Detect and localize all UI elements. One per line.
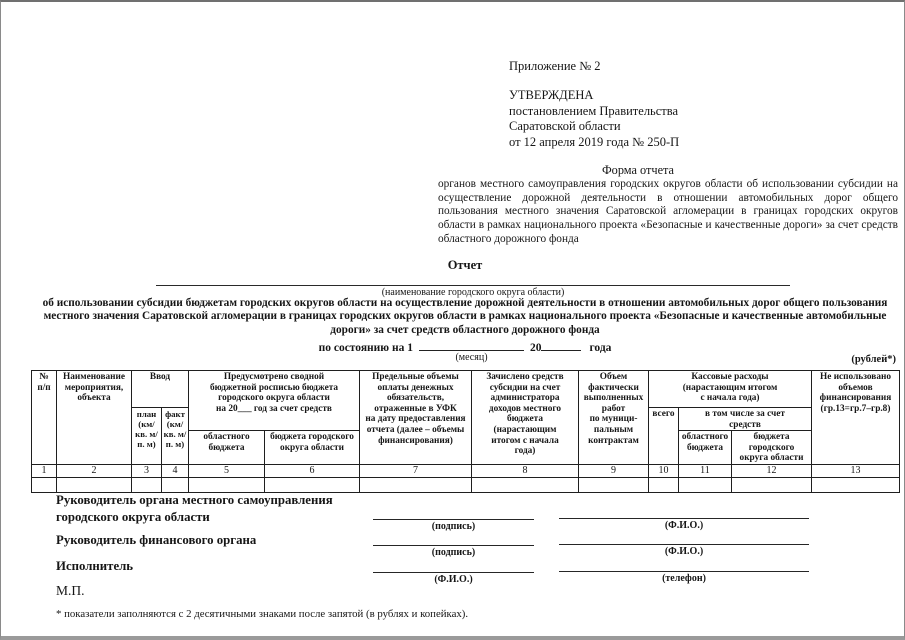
column-number-cell: 2 [57,464,132,477]
empty-data-cell [32,477,57,492]
signature-line [373,572,534,573]
signature-line [559,544,809,545]
empty-data-cell [162,477,189,492]
signature-line [559,571,809,572]
currency-units-note: (рублей*) [851,354,896,365]
signature-caption: (Ф.И.О.) [559,520,809,531]
header-kassa-city-budget: бюджета городского округа области [732,431,812,465]
approved-by-line2: Саратовской области [509,119,679,135]
signature-label-head-of-local-government: Руководитель органа местного самоуправле… [56,492,386,525]
column-number-cell: 3 [132,464,162,477]
column-number-cell: 6 [265,464,360,477]
empty-data-cell [132,477,162,492]
header-oblast-budget: областного бюджета [189,431,265,465]
empty-data-cell [360,477,472,492]
footnote: * показатели заполняются с 2 десятичными… [56,608,468,620]
month-blank-field [419,339,524,351]
signature-caption: (телефон) [559,573,809,584]
header-kassovye-rashody: Кассовые расходы (нарастающим итогом с н… [649,371,812,408]
column-number-cell: 4 [162,464,189,477]
header-v-tom-chisle: в том числе за счет средств [679,408,812,431]
approved-by-line1: постановлением Правительства [509,104,679,120]
year-blank-field [541,339,581,351]
signature-label-executor: Исполнитель [56,558,386,575]
header-predusmotreno: Предусмотрено сводной бюджетной росписью… [189,371,360,431]
column-number-cell: 9 [579,464,649,477]
signature-line [373,519,534,520]
signature-caption: (подпись) [373,521,534,532]
as-of-suffix: года [589,342,611,354]
empty-data-cell [649,477,679,492]
empty-data-cell [579,477,649,492]
empty-data-cell [812,477,900,492]
header-col-number: № п/п [32,371,57,465]
as-of-prefix: по состоянию на 1 [319,342,413,354]
header-plan: план (км/ кв. м/ п. м) [132,408,162,465]
header-obem-rabot: Объем фактически выполненных работ по му… [579,371,649,465]
empty-data-cell [679,477,732,492]
column-number-cell: 11 [679,464,732,477]
empty-data-cell [732,477,812,492]
stamp-place-mark: М.П. [56,583,85,599]
approved-label: УТВЕРЖДЕНА [509,88,679,104]
column-number-cell: 7 [360,464,472,477]
header-city-budget: бюджета городского округа области [265,431,360,465]
approval-block: Приложение № 2 УТВЕРЖДЕНА постановлением… [509,59,679,151]
appendix-number: Приложение № 2 [509,59,679,75]
column-number-cell: 8 [472,464,579,477]
column-number-cell: 5 [189,464,265,477]
signature-caption: (Ф.И.О.) [559,546,809,557]
column-number-cell: 13 [812,464,900,477]
approved-date: от 12 апреля 2019 года № 250-П [509,135,679,151]
municipality-name-blank-line [156,285,790,286]
column-number-cell: 1 [32,464,57,477]
header-vsego: всего [649,408,679,465]
empty-data-cell [472,477,579,492]
form-description: органов местного самоуправления городски… [438,178,898,247]
signature-line [559,518,809,519]
empty-data-cell [265,477,360,492]
header-zachisleno-sredstv: Зачислено средств субсидии на счет админ… [472,371,579,465]
form-title: Форма отчета [438,163,838,178]
signature-caption: (подпись) [373,547,534,558]
report-table: № п/п Наименование мероприятия, объекта … [31,370,900,493]
report-title: Отчет [31,258,899,273]
header-fakt: факт (км/ кв. м/ п. м) [162,408,189,465]
signature-line [373,545,534,546]
header-col-name: Наименование мероприятия, объекта [57,371,132,465]
header-kassa-oblast-budget: областного бюджета [679,431,732,465]
month-caption: (месяц) [409,352,534,363]
report-description: об использовании субсидии бюджетам город… [31,297,899,337]
signature-caption: (Ф.И.О.) [373,574,534,585]
column-number-cell: 10 [649,464,679,477]
column-number-cell: 12 [732,464,812,477]
empty-data-cell [57,477,132,492]
scanned-report-form-page: Приложение № 2 УТВЕРЖДЕНА постановлением… [0,0,905,640]
header-vvod: Ввод [132,371,189,408]
empty-data-cell [189,477,265,492]
header-ne-ispolzovano: Не использовано объемов финансирования (… [812,371,900,465]
signature-label-head-of-finance: Руководитель финансового органа [56,532,386,549]
header-predelnye-obemy: Предельные объемы оплаты денежных обязат… [360,371,472,465]
